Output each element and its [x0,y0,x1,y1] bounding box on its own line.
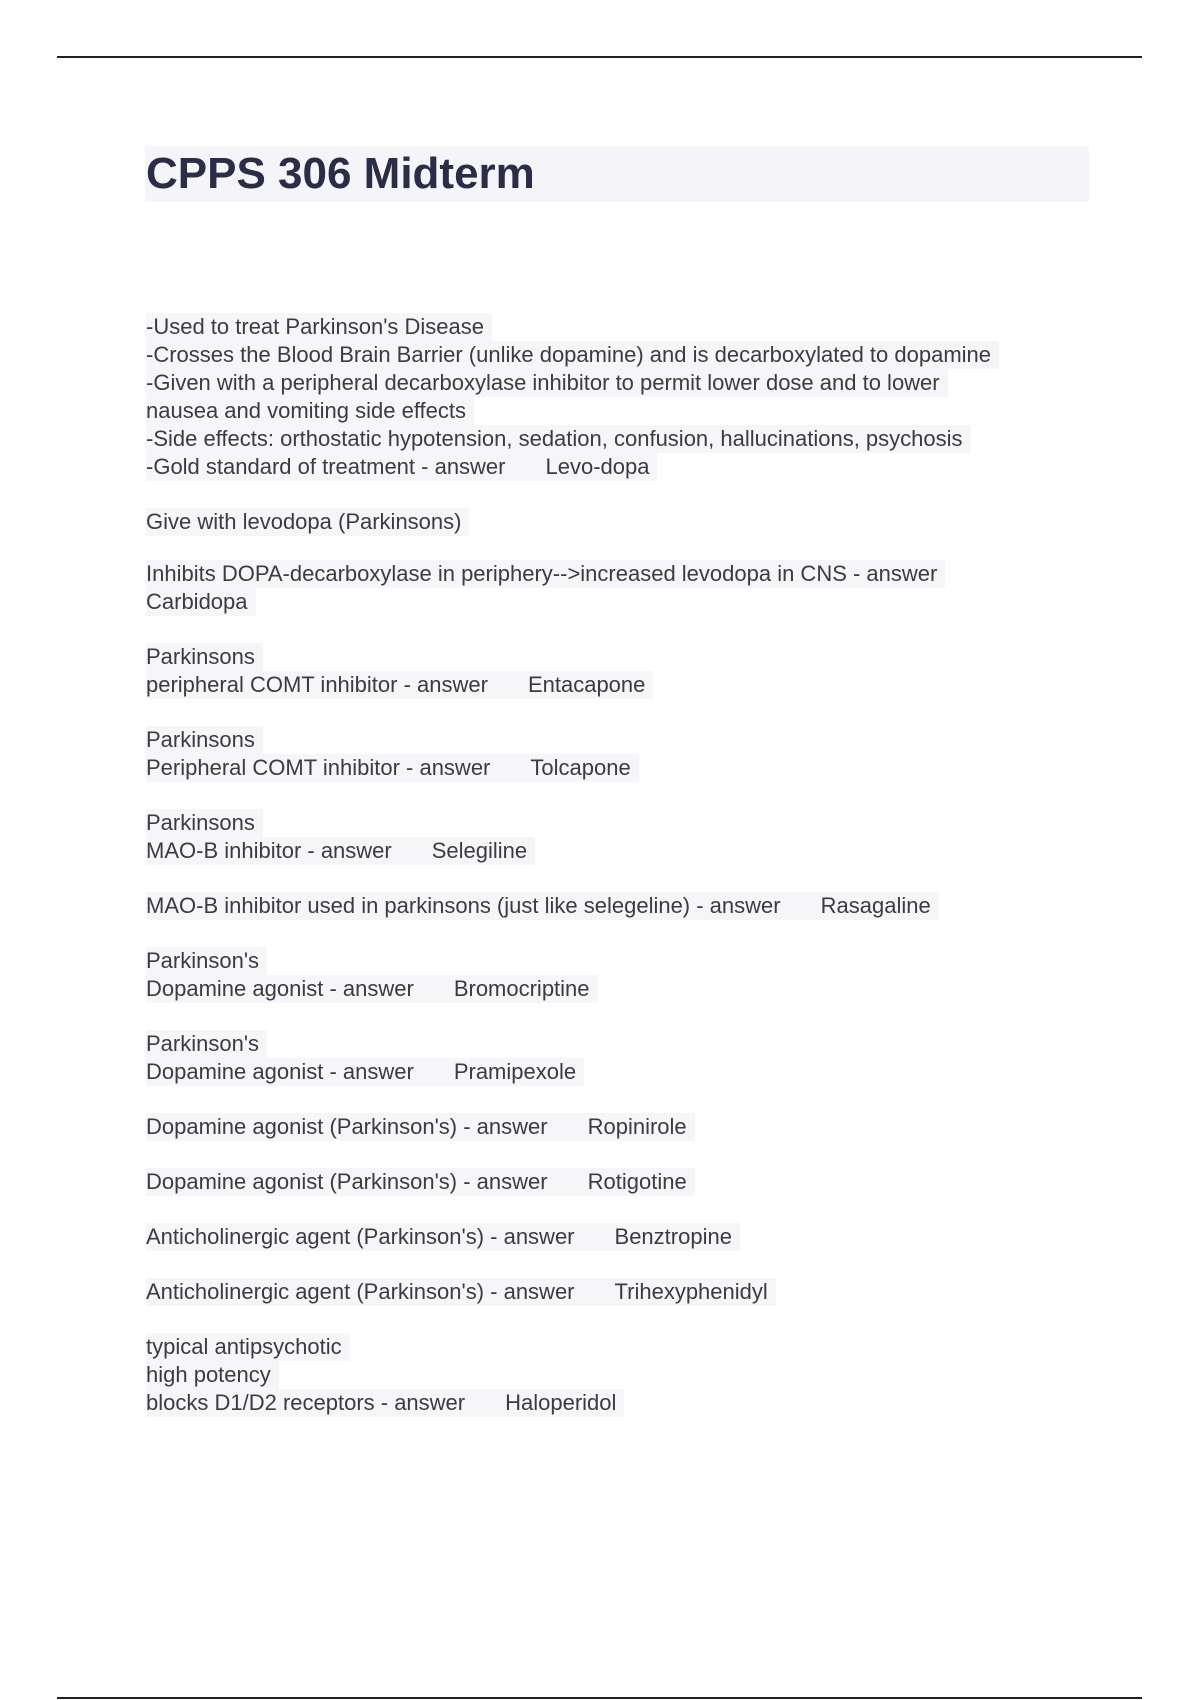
flashcard: Anticholinergic agent (Parkinson's) - an… [146,1278,1106,1306]
flashcard-prompt-line: Give with levodopa (Parkinsons) [146,508,1106,536]
flashcard-answer: Tolcapone [530,755,630,780]
flashcard-answer: Levo-dopa [546,454,650,479]
flashcard-prompt-line: -Side effects: orthostatic hypotension, … [146,425,1106,453]
flashcard-answer-line: Dopamine agonist (Parkinson's) - answerR… [146,1113,1106,1141]
flashcard: typical antipsychotichigh potencyblocks … [146,1333,1106,1417]
flashcard-prompt-line: Parkinson's [146,1030,1106,1058]
flashcard-question: Dopamine agonist (Parkinson's) - answer [146,1114,548,1139]
flashcard-question: Anticholinergic agent (Parkinson's) - an… [146,1224,575,1249]
flashcard-answer-line: Dopamine agonist (Parkinson's) - answerR… [146,1168,1106,1196]
flashcard: Parkinson'sDopamine agonist - answerPram… [146,1030,1106,1086]
flashcard-answer: Haloperidol [505,1390,616,1415]
flashcard-answer: Trihexyphenidyl [615,1279,768,1304]
flashcard-prompt-line: Parkinsons [146,809,1106,837]
flashcard: MAO-B inhibitor used in parkinsons (just… [146,892,1106,920]
flashcard-question: peripheral COMT inhibitor - answer [146,672,488,697]
flashcard-answer-line: MAO-B inhibitor - answerSelegiline [146,837,1106,865]
flashcard-answer: Entacapone [528,672,645,697]
flashcard: Parkinsonsperipheral COMT inhibitor - an… [146,643,1106,699]
flashcard-answer-line: Anticholinergic agent (Parkinson's) - an… [146,1223,1106,1251]
flashcard-answer: Selegiline [432,838,527,863]
flashcard-answer-line: Carbidopa [146,588,1106,616]
flashcard-prompt-line: Parkinsons [146,726,1106,754]
flashcard: Give with levodopa (Parkinsons)Inhibits … [146,508,1106,616]
flashcard: ParkinsonsMAO-B inhibitor - answerSelegi… [146,809,1106,865]
page-title: CPPS 306 Midterm [146,148,535,200]
flashcard-answer: Bromocriptine [454,976,590,1001]
flashcard-prompt-line: high potency [146,1361,1106,1389]
flashcard: -Used to treat Parkinson's Disease-Cross… [146,313,1106,481]
flashcard-prompt-line: typical antipsychotic [146,1333,1106,1361]
flashcard: Dopamine agonist (Parkinson's) - answerR… [146,1168,1106,1196]
flashcard-answer: Benztropine [615,1224,732,1249]
flashcard-prompt-line: Parkinson's [146,947,1106,975]
flashcard-question: Dopamine agonist - answer [146,1059,414,1084]
bottom-rule [57,1697,1142,1699]
flashcard-question: MAO-B inhibitor used in parkinsons (just… [146,893,781,918]
top-rule [57,56,1142,58]
flashcard-prompt-line: -Crosses the Blood Brain Barrier (unlike… [146,341,1106,369]
flashcard-answer-line: Dopamine agonist - answerPramipexole [146,1058,1106,1086]
flashcard: ParkinsonsPeripheral COMT inhibitor - an… [146,726,1106,782]
flashcard: Parkinson'sDopamine agonist - answerBrom… [146,947,1106,1003]
flashcard-prompt-line [146,536,1106,560]
flashcard-question: Dopamine agonist - answer [146,976,414,1001]
flashcard-question: Peripheral COMT inhibitor - answer [146,755,490,780]
flashcard-answer-line: blocks D1/D2 receptors - answerHaloperid… [146,1389,1106,1417]
flashcard-prompt-line: -Used to treat Parkinson's Disease [146,313,1106,341]
flashcard-answer-line: Anticholinergic agent (Parkinson's) - an… [146,1278,1106,1306]
flashcard-answer: Carbidopa [146,589,248,614]
flashcard-question: Dopamine agonist (Parkinson's) - answer [146,1169,548,1194]
flashcard-answer: Rasagaline [821,893,931,918]
flashcard-prompt-line: Parkinsons [146,643,1106,671]
flashcard: Anticholinergic agent (Parkinson's) - an… [146,1223,1106,1251]
flashcard-answer-line: MAO-B inhibitor used in parkinsons (just… [146,892,1106,920]
flashcard-answer-line: -Gold standard of treatment - answerLevo… [146,453,1106,481]
flashcard-question: -Gold standard of treatment - answer [146,454,506,479]
flashcard-prompt-line: Inhibits DOPA-decarboxylase in periphery… [146,560,1106,588]
flashcard-answer: Rotigotine [588,1169,687,1194]
flashcard-question: blocks D1/D2 receptors - answer [146,1390,465,1415]
flashcard-list: -Used to treat Parkinson's Disease-Cross… [146,313,1106,1444]
flashcard-answer-line: peripheral COMT inhibitor - answerEntaca… [146,671,1106,699]
flashcard-answer: Pramipexole [454,1059,576,1084]
flashcard-answer: Ropinirole [588,1114,687,1139]
flashcard-answer-line: Dopamine agonist - answerBromocriptine [146,975,1106,1003]
flashcard-prompt-line: nausea and vomiting side effects [146,397,1106,425]
flashcard-answer-line: Peripheral COMT inhibitor - answerTolcap… [146,754,1106,782]
flashcard-question: MAO-B inhibitor - answer [146,838,392,863]
flashcard-question: Anticholinergic agent (Parkinson's) - an… [146,1279,575,1304]
flashcard: Dopamine agonist (Parkinson's) - answerR… [146,1113,1106,1141]
flashcard-prompt-line: -Given with a peripheral decarboxylase i… [146,369,1106,397]
